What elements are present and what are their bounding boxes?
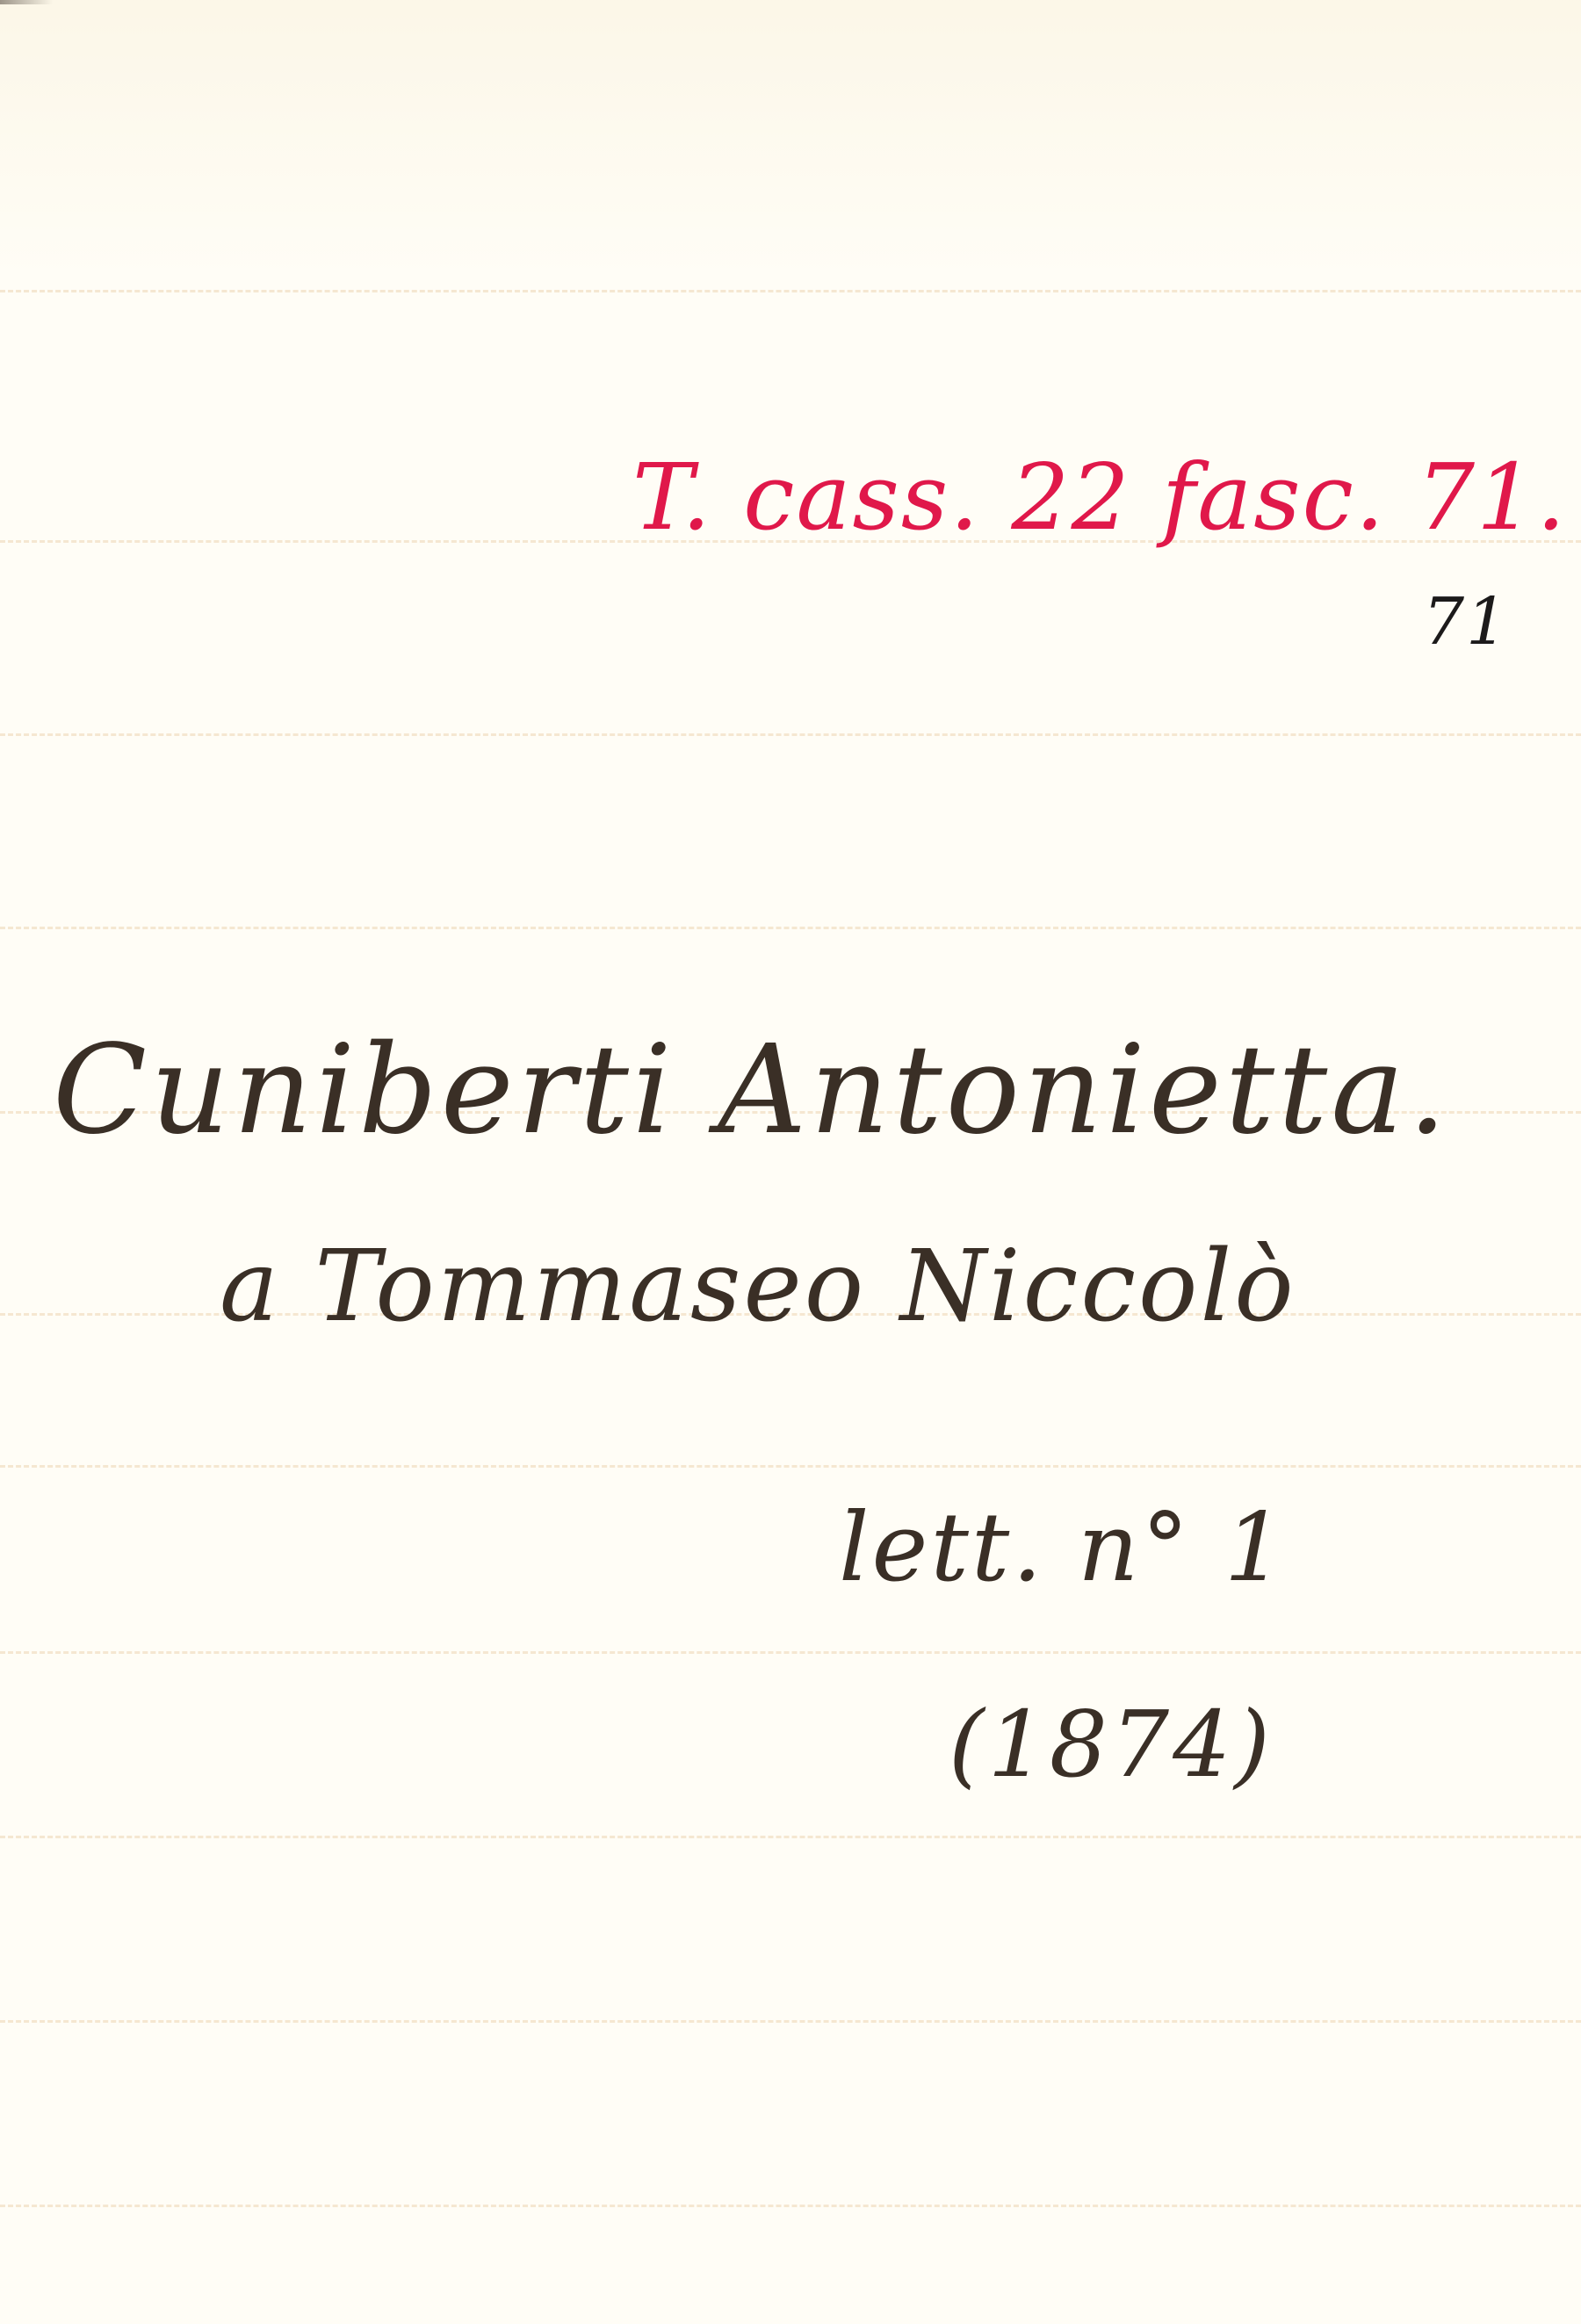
scan-edge-shadow [0,0,53,4]
ruled-line [0,290,1581,292]
ruled-line [0,1836,1581,1838]
folio-number: 71 [1423,584,1509,660]
shelfmark: T. cass. 22 fasc. 71. [632,444,1567,551]
ruled-line [0,927,1581,929]
ruled-line [0,733,1581,736]
recipient-name: a Tommaseo Niccolò [220,1230,1296,1344]
ruled-line [0,1465,1581,1468]
ruled-line [0,1651,1581,1654]
letter-year: (1874) [949,1691,1274,1798]
catalog-card: T. cass. 22 fasc. 71. 71 Cuniberti Anton… [0,0,1581,2324]
ruled-line [0,2205,1581,2207]
letter-count: lett. n° 1 [839,1493,1288,1603]
author-name: Cuniberti Antonietta. [53,1019,1450,1162]
ruled-line [0,2020,1581,2023]
